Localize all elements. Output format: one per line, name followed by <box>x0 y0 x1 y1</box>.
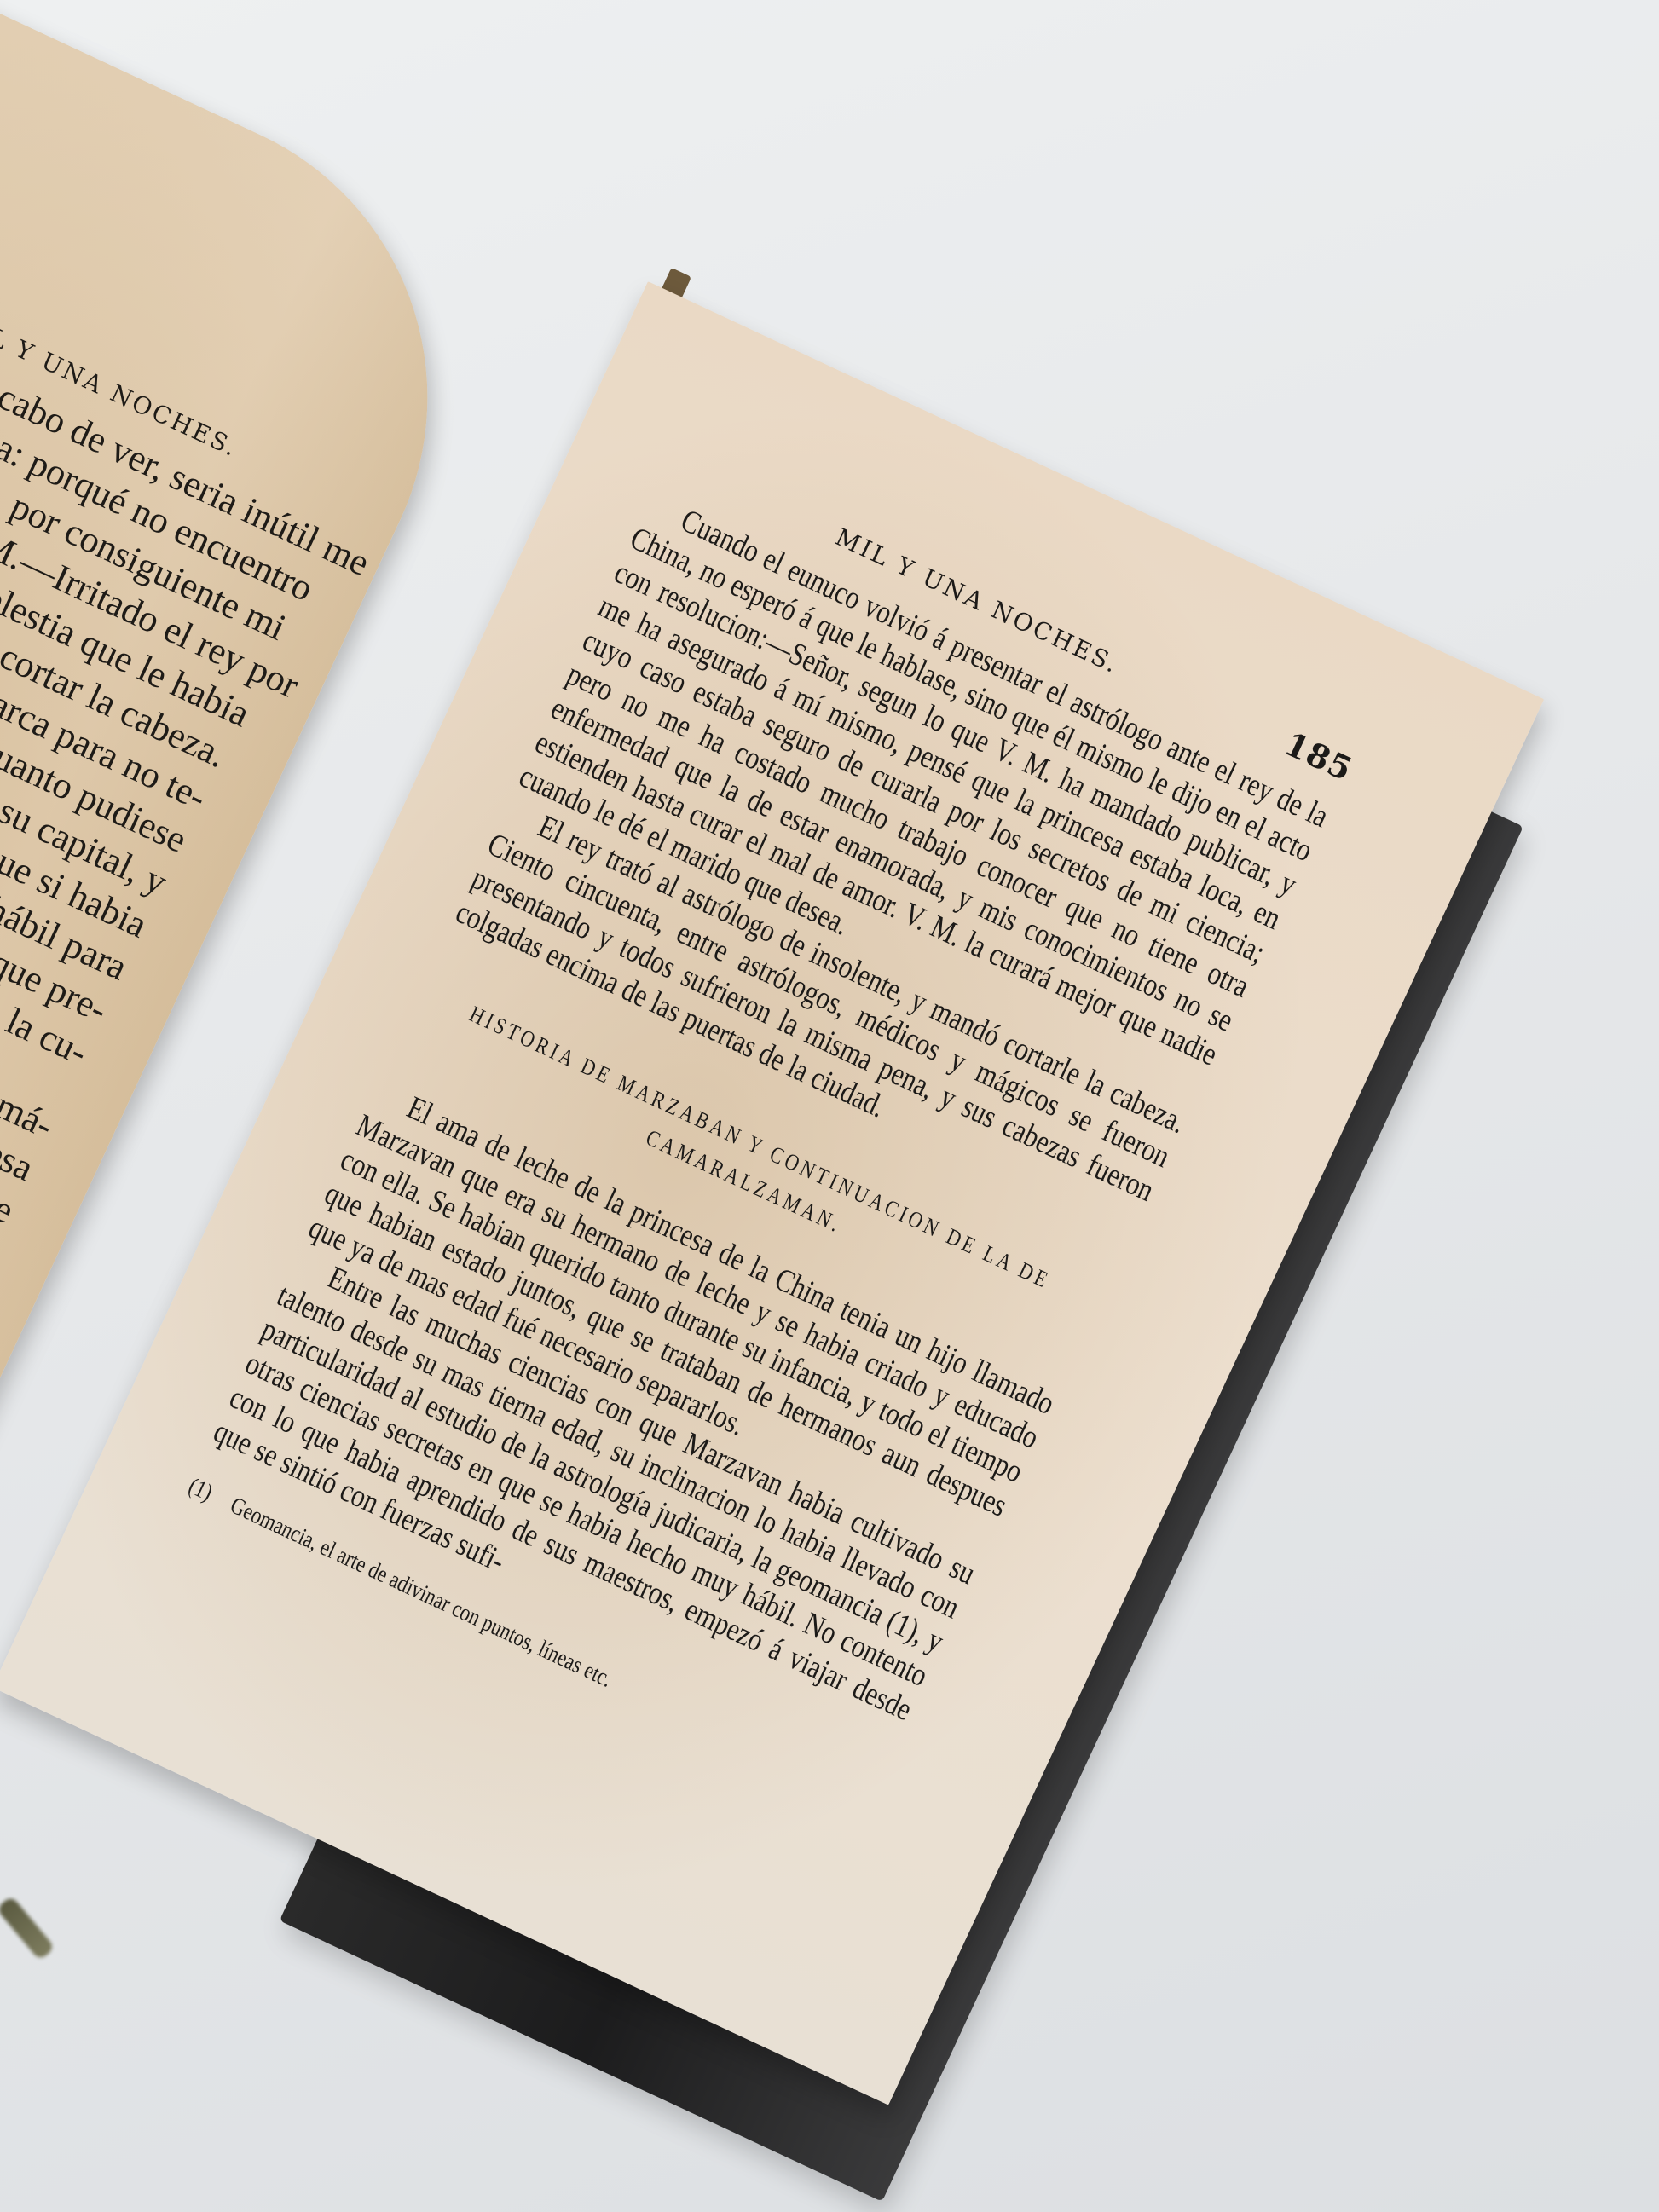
footnote-marker: (1) <box>184 1473 216 1506</box>
right-page-content: MIL Y UNA NOCHES. 185 Cuando el eunuco v… <box>184 436 1359 1814</box>
page-number: 185 <box>1279 725 1359 789</box>
plant-stem <box>0 1896 55 1961</box>
